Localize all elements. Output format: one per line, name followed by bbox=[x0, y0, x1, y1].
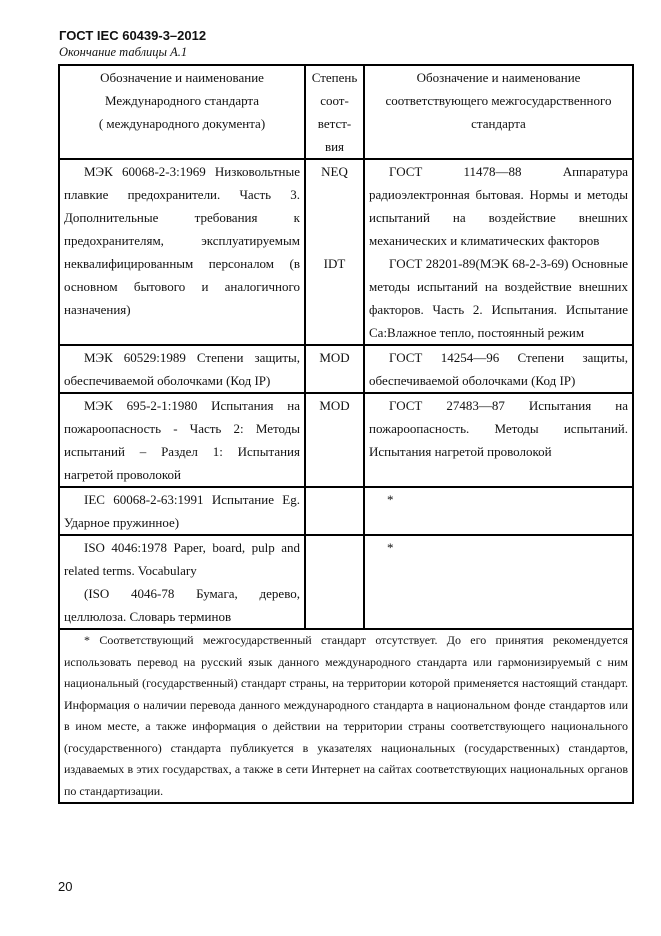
header-line: Степень bbox=[310, 66, 359, 89]
header-degree: Степень соот- ветст- вия bbox=[305, 65, 364, 159]
international-standard-cell: ISO 4046:1978 Paper, board, pulp and rel… bbox=[59, 535, 305, 629]
international-standard-cell: МЭК 695-2-1:1980 Испытания на пожароопас… bbox=[59, 393, 305, 487]
page-number: 20 bbox=[58, 879, 72, 894]
table-row: МЭК 60068-2-3:1969 Низковольтные плавкие… bbox=[59, 159, 633, 345]
cell-text: ГОСТ 14254—96 Степени защиты, обеспечива… bbox=[369, 346, 628, 392]
header-interstate-standard: Обозначение и наименование соответствующ… bbox=[364, 65, 633, 159]
cell-text: МЭК 60529:1989 Степени защиты, обеспечив… bbox=[64, 346, 300, 392]
cell-text: (ISO 4046-78 Бумага, дерево, целлюлоза. … bbox=[64, 582, 300, 628]
cell-text: МЭК 60068-2-3:1969 Низковольтные плавкие… bbox=[64, 160, 300, 321]
header-line: вия bbox=[310, 135, 359, 158]
cell-text: * bbox=[369, 488, 628, 511]
cell-text: IEC 60068-2-63:1991 Испытание Eg. Ударно… bbox=[64, 488, 300, 534]
degree-cell: NEQ IDT bbox=[305, 159, 364, 345]
header-line: ( международного документа) bbox=[64, 112, 300, 135]
degree-value: NEQ bbox=[310, 160, 359, 183]
header-line: Обозначение и наименование bbox=[64, 66, 300, 89]
interstate-standard-cell: ГОСТ 27483—87 Испытания на пожароопаснос… bbox=[364, 393, 633, 487]
header-international-standard: Обозначение и наименование Международног… bbox=[59, 65, 305, 159]
degree-cell: MOD bbox=[305, 393, 364, 487]
header-line: стандарта bbox=[369, 112, 628, 135]
footnote-cell: * Соответствующий межгосударственный ста… bbox=[59, 629, 633, 803]
table-row: IEC 60068-2-63:1991 Испытание Eg. Ударно… bbox=[59, 487, 633, 535]
degree-cell: MOD bbox=[305, 345, 364, 393]
cell-text: МЭК 695-2-1:1980 Испытания на пожароопас… bbox=[64, 394, 300, 486]
international-standard-cell: IEC 60068-2-63:1991 Испытание Eg. Ударно… bbox=[59, 487, 305, 535]
degree-cell bbox=[305, 535, 364, 629]
footnote-row: * Соответствующий межгосударственный ста… bbox=[59, 629, 633, 803]
interstate-standard-cell: ГОСТ 14254—96 Степени защиты, обеспечива… bbox=[364, 345, 633, 393]
international-standard-cell: МЭК 60529:1989 Степени защиты, обеспечив… bbox=[59, 345, 305, 393]
international-standard-cell: МЭК 60068-2-3:1969 Низковольтные плавкие… bbox=[59, 159, 305, 345]
document-code: ГОСТ IEC 60439-3–2012 bbox=[59, 28, 206, 43]
header-line: соответствующего межгосударственного bbox=[369, 89, 628, 112]
degree-value: MOD bbox=[310, 346, 359, 369]
spacer bbox=[310, 183, 359, 252]
degree-cell bbox=[305, 487, 364, 535]
table-row: МЭК 695-2-1:1980 Испытания на пожароопас… bbox=[59, 393, 633, 487]
header-line: соот- bbox=[310, 89, 359, 112]
interstate-standard-cell: * bbox=[364, 487, 633, 535]
table-row: МЭК 60529:1989 Степени защиты, обеспечив… bbox=[59, 345, 633, 393]
header-line: ветст- bbox=[310, 112, 359, 135]
cell-text: * bbox=[369, 536, 628, 559]
table-caption: Окончание таблицы А.1 bbox=[59, 45, 187, 60]
degree-value: MOD bbox=[310, 394, 359, 417]
footnote-text: * Соответствующий межгосударственный ста… bbox=[64, 630, 628, 802]
interstate-standard-cell: * bbox=[364, 535, 633, 629]
table-row: ISO 4046:1978 Paper, board, pulp and rel… bbox=[59, 535, 633, 629]
table-header-row: Обозначение и наименование Международног… bbox=[59, 65, 633, 159]
cell-text: ГОСТ 27483—87 Испытания на пожароопаснос… bbox=[369, 394, 628, 463]
cell-text: ISO 4046:1978 Paper, board, pulp and rel… bbox=[64, 536, 300, 582]
interstate-standard-cell: ГОСТ 11478—88 Аппаратура радиоэлектронна… bbox=[364, 159, 633, 345]
degree-value: IDT bbox=[310, 252, 359, 275]
standards-correspondence-table: Обозначение и наименование Международног… bbox=[58, 64, 634, 804]
header-line: Обозначение и наименование bbox=[369, 66, 628, 89]
cell-text: ГОСТ 28201-89(МЭК 68-2-3-69) Основные ме… bbox=[369, 252, 628, 344]
cell-text: ГОСТ 11478—88 Аппаратура радиоэлектронна… bbox=[369, 160, 628, 252]
header-line: Международного стандарта bbox=[64, 89, 300, 112]
